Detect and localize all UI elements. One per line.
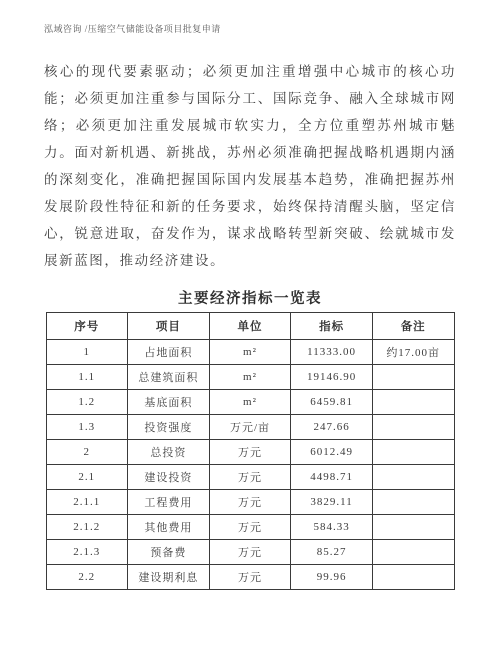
table-row: 2.1.1 工程费用 万元 3829.11 bbox=[46, 490, 454, 515]
cell-unit: 万元 bbox=[209, 440, 291, 465]
cell-unit: 万元 bbox=[209, 540, 291, 565]
cell-remark bbox=[372, 440, 454, 465]
cell-unit: m² bbox=[209, 390, 291, 415]
cell-unit: 万元 bbox=[209, 515, 291, 540]
table-row: 2 总投资 万元 6012.49 bbox=[46, 440, 454, 465]
cell-unit: m² bbox=[209, 340, 291, 365]
table-header-row: 序号 项目 单位 指标 备注 bbox=[46, 313, 454, 340]
cell-item: 基底面积 bbox=[128, 390, 210, 415]
table-row: 2.2 建设期利息 万元 99.96 bbox=[46, 565, 454, 590]
cell-indicator: 19146.90 bbox=[291, 365, 373, 390]
cell-index: 1.1 bbox=[46, 365, 128, 390]
column-header-unit: 单位 bbox=[209, 313, 291, 340]
cell-indicator: 247.66 bbox=[291, 415, 373, 440]
cell-indicator: 584.33 bbox=[291, 515, 373, 540]
table-row: 2.1.2 其他费用 万元 584.33 bbox=[46, 515, 454, 540]
cell-index: 2.1.2 bbox=[46, 515, 128, 540]
cell-index: 2.2 bbox=[46, 565, 128, 590]
cell-indicator: 4498.71 bbox=[291, 465, 373, 490]
cell-remark bbox=[372, 540, 454, 565]
body-paragraph: 核心的现代要素驱动；必须更加注重增强中心城市的核心功能；必须更加注重参与国际分工… bbox=[44, 58, 456, 274]
cell-item: 工程费用 bbox=[128, 490, 210, 515]
cell-remark bbox=[372, 515, 454, 540]
cell-index: 1.2 bbox=[46, 390, 128, 415]
cell-item: 总投资 bbox=[128, 440, 210, 465]
cell-unit: 万元 bbox=[209, 565, 291, 590]
document-page: 泓域咨询 /压缩空气储能设备项目批复申请 核心的现代要素驱动；必须更加注重增强中… bbox=[0, 0, 500, 647]
table-title: 主要经济指标一览表 bbox=[44, 286, 456, 312]
cell-remark bbox=[372, 415, 454, 440]
cell-item: 总建筑面积 bbox=[128, 365, 210, 390]
cell-item: 建设投资 bbox=[128, 465, 210, 490]
economic-indicators-table: 序号 项目 单位 指标 备注 1 占地面积 m² 11333.00 约17.00… bbox=[46, 312, 455, 590]
cell-item: 其他费用 bbox=[128, 515, 210, 540]
cell-remark bbox=[372, 365, 454, 390]
cell-remark bbox=[372, 390, 454, 415]
cell-indicator: 3829.11 bbox=[291, 490, 373, 515]
table-row: 2.1.3 预备费 万元 85.27 bbox=[46, 540, 454, 565]
cell-remark bbox=[372, 565, 454, 590]
header-text: 泓域咨询 /压缩空气储能设备项目批复申请 bbox=[44, 24, 221, 34]
cell-item: 投资强度 bbox=[128, 415, 210, 440]
page-header: 泓域咨询 /压缩空气储能设备项目批复申请 bbox=[44, 22, 456, 36]
table-row: 1.2 基底面积 m² 6459.81 bbox=[46, 390, 454, 415]
cell-indicator: 6459.81 bbox=[291, 390, 373, 415]
column-header-index: 序号 bbox=[46, 313, 128, 340]
cell-index: 1 bbox=[46, 340, 128, 365]
cell-unit: 万元 bbox=[209, 465, 291, 490]
table-row: 1.3 投资强度 万元/亩 247.66 bbox=[46, 415, 454, 440]
column-header-indicator: 指标 bbox=[291, 313, 373, 340]
table-row: 2.1 建设投资 万元 4498.71 bbox=[46, 465, 454, 490]
cell-index: 2 bbox=[46, 440, 128, 465]
cell-remark bbox=[372, 465, 454, 490]
cell-item: 建设期利息 bbox=[128, 565, 210, 590]
table-row: 1.1 总建筑面积 m² 19146.90 bbox=[46, 365, 454, 390]
cell-remark bbox=[372, 490, 454, 515]
cell-unit: m² bbox=[209, 365, 291, 390]
cell-indicator: 6012.49 bbox=[291, 440, 373, 465]
cell-index: 2.1.3 bbox=[46, 540, 128, 565]
cell-indicator: 85.27 bbox=[291, 540, 373, 565]
table-row: 1 占地面积 m² 11333.00 约17.00亩 bbox=[46, 340, 454, 365]
cell-indicator: 11333.00 bbox=[291, 340, 373, 365]
cell-item: 占地面积 bbox=[128, 340, 210, 365]
cell-index: 1.3 bbox=[46, 415, 128, 440]
cell-indicator: 99.96 bbox=[291, 565, 373, 590]
cell-item: 预备费 bbox=[128, 540, 210, 565]
cell-index: 2.1.1 bbox=[46, 490, 128, 515]
cell-unit: 万元 bbox=[209, 490, 291, 515]
column-header-item: 项目 bbox=[128, 313, 210, 340]
cell-unit: 万元/亩 bbox=[209, 415, 291, 440]
cell-index: 2.1 bbox=[46, 465, 128, 490]
cell-remark: 约17.00亩 bbox=[372, 340, 454, 365]
column-header-remark: 备注 bbox=[372, 313, 454, 340]
